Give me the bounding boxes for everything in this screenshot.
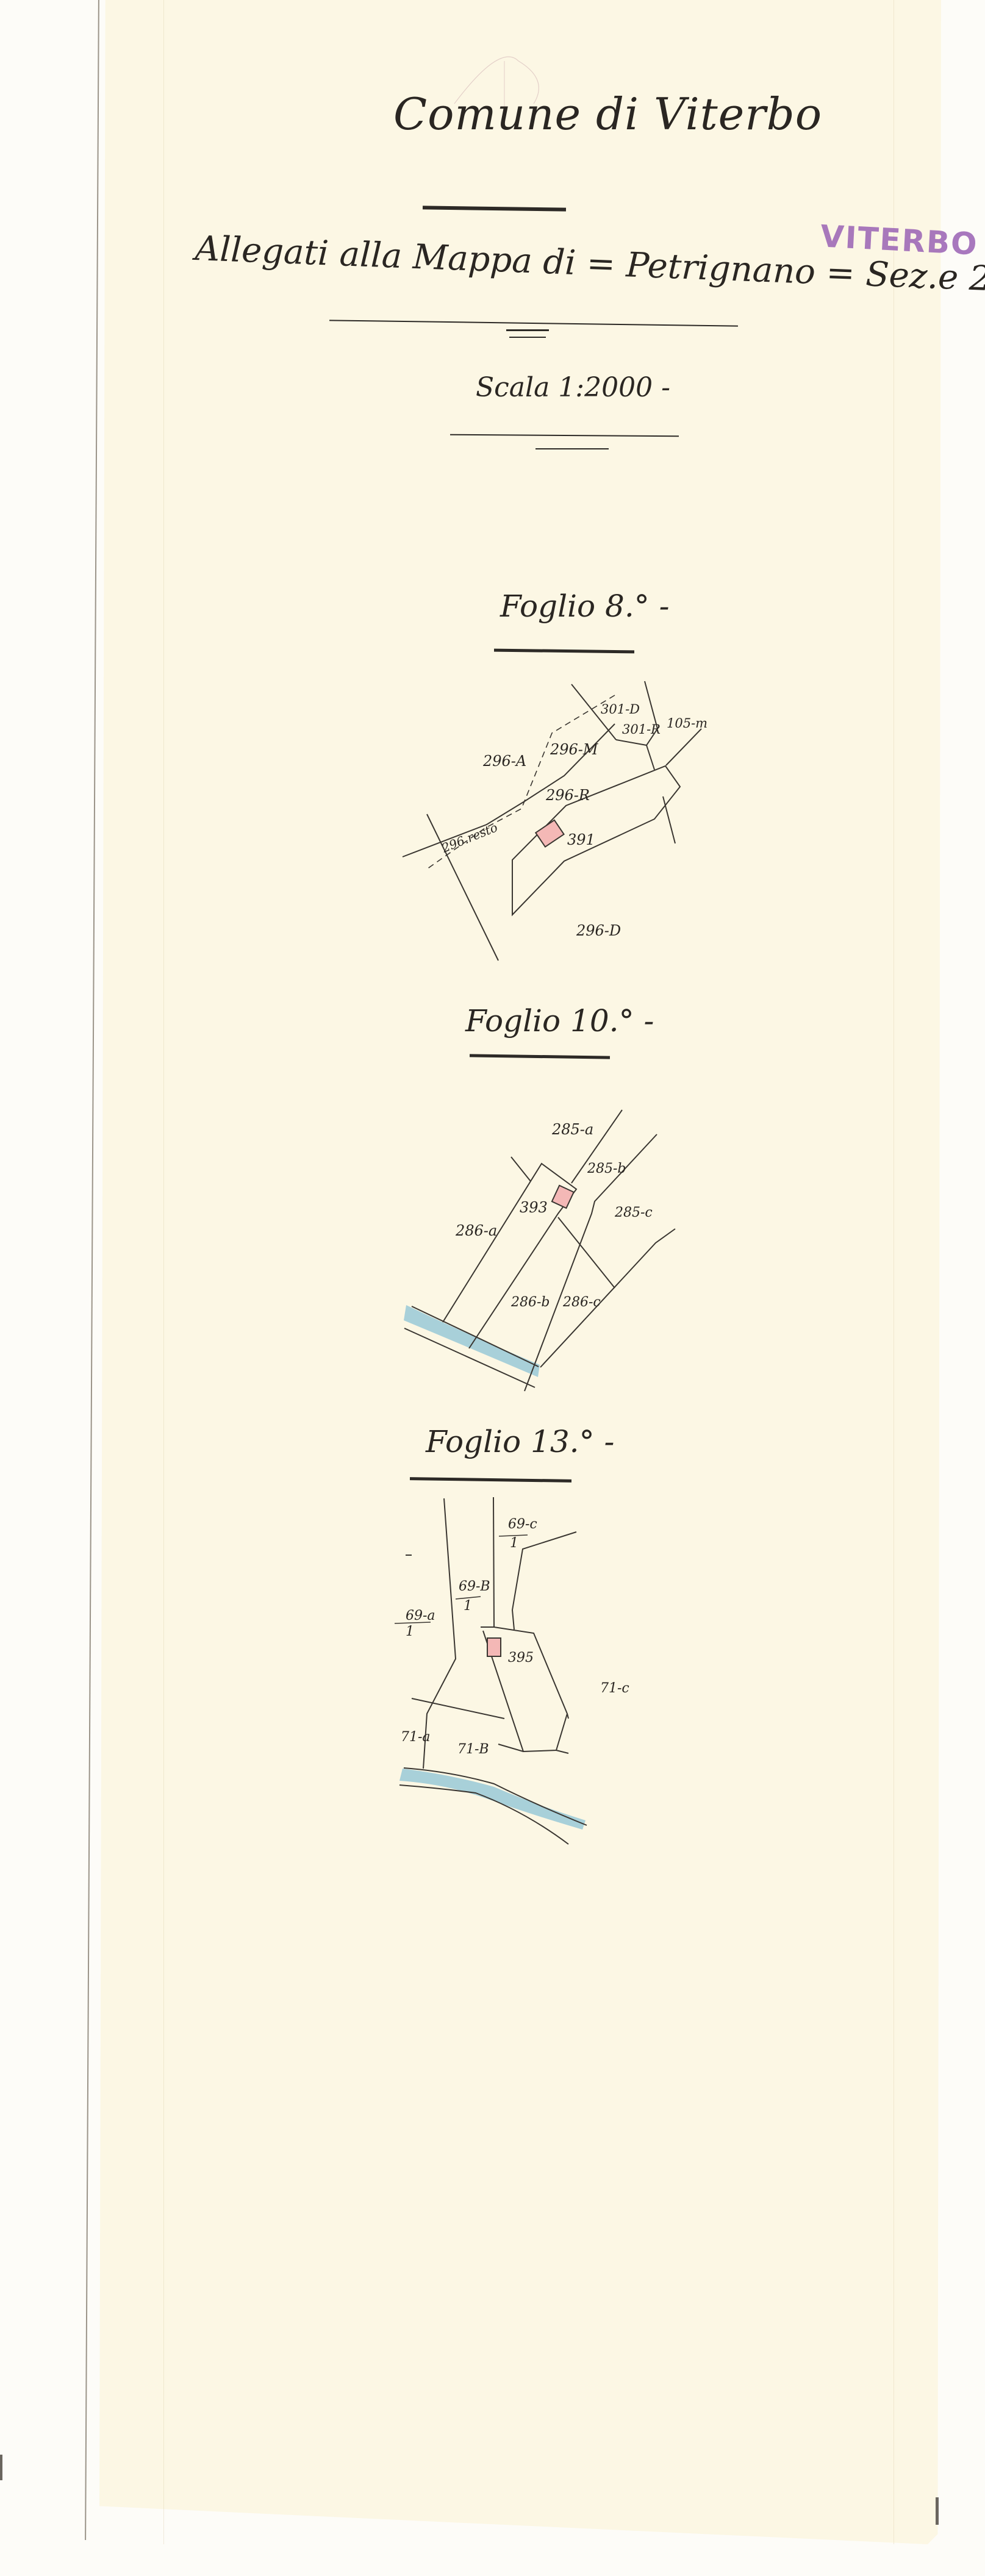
sheet-8-title: Foglio 8.° - bbox=[500, 589, 670, 624]
building-label: 393 bbox=[520, 1199, 548, 1216]
subtitle-rule-ornament bbox=[509, 337, 546, 338]
parcel-label: 71-c bbox=[600, 1681, 629, 1696]
sheet-10-map: 285-a 285-b 285-c 286-a 286-b 286-c 393 bbox=[384, 1086, 701, 1427]
sheet-13-map: 69-a 1 69-B 1 69-c 1 71-a 71-B 71-c 395 bbox=[378, 1488, 653, 1854]
parcel-label: 71-B bbox=[457, 1742, 489, 1757]
parcel-label: 296-A bbox=[482, 753, 526, 770]
edge-mark bbox=[0, 2455, 2, 2480]
scale-label: Scala 1:2000 - bbox=[476, 372, 670, 403]
parcel-label: 301-D bbox=[601, 702, 640, 717]
parcel-label: 285-b bbox=[587, 1161, 626, 1176]
parcel-label: 286-b bbox=[510, 1295, 550, 1310]
parcel-label: 69-c bbox=[508, 1517, 537, 1532]
parcel-label: 296-D bbox=[576, 922, 621, 939]
parcel-denominator: 1 bbox=[464, 1598, 472, 1614]
parcel-denominator: 1 bbox=[406, 1624, 414, 1639]
parcel-label: 286-c bbox=[562, 1295, 601, 1310]
parcel-label: 301-R bbox=[622, 722, 661, 737]
parcel-denominator: 1 bbox=[510, 1536, 518, 1551]
parcel-label: 285-c bbox=[614, 1205, 653, 1220]
parcel-label: 286-a bbox=[455, 1222, 497, 1239]
building-label: 391 bbox=[567, 831, 595, 848]
parcel-label: 71-a bbox=[401, 1730, 431, 1745]
subtitle-rule-ornament bbox=[506, 329, 549, 331]
parcel-label: 296.resto bbox=[439, 820, 500, 856]
document-title: Comune di Viterbo bbox=[393, 88, 822, 140]
paper-fold-line bbox=[894, 0, 894, 2544]
scale-rule-short bbox=[535, 448, 609, 449]
parcel-label: 69-a bbox=[406, 1608, 435, 1623]
parcel-label: 296-R bbox=[545, 787, 590, 804]
parcel-label: 69-B bbox=[459, 1579, 490, 1594]
sheet-8-map: 296-A 296-M 296-R 296.resto 296-D 301-D … bbox=[396, 665, 732, 982]
sheet-13-title: Foglio 13.° - bbox=[426, 1424, 614, 1459]
parcel-label: 285-a bbox=[551, 1121, 593, 1138]
paper-fold-line bbox=[163, 0, 164, 2544]
parcel-label: 296-M bbox=[550, 741, 599, 758]
sheet-10-title: Foglio 10.° - bbox=[465, 1003, 654, 1039]
edge-mark bbox=[936, 2497, 939, 2525]
building-label: 395 bbox=[508, 1650, 534, 1665]
parcel-label: 105-m bbox=[667, 716, 707, 731]
